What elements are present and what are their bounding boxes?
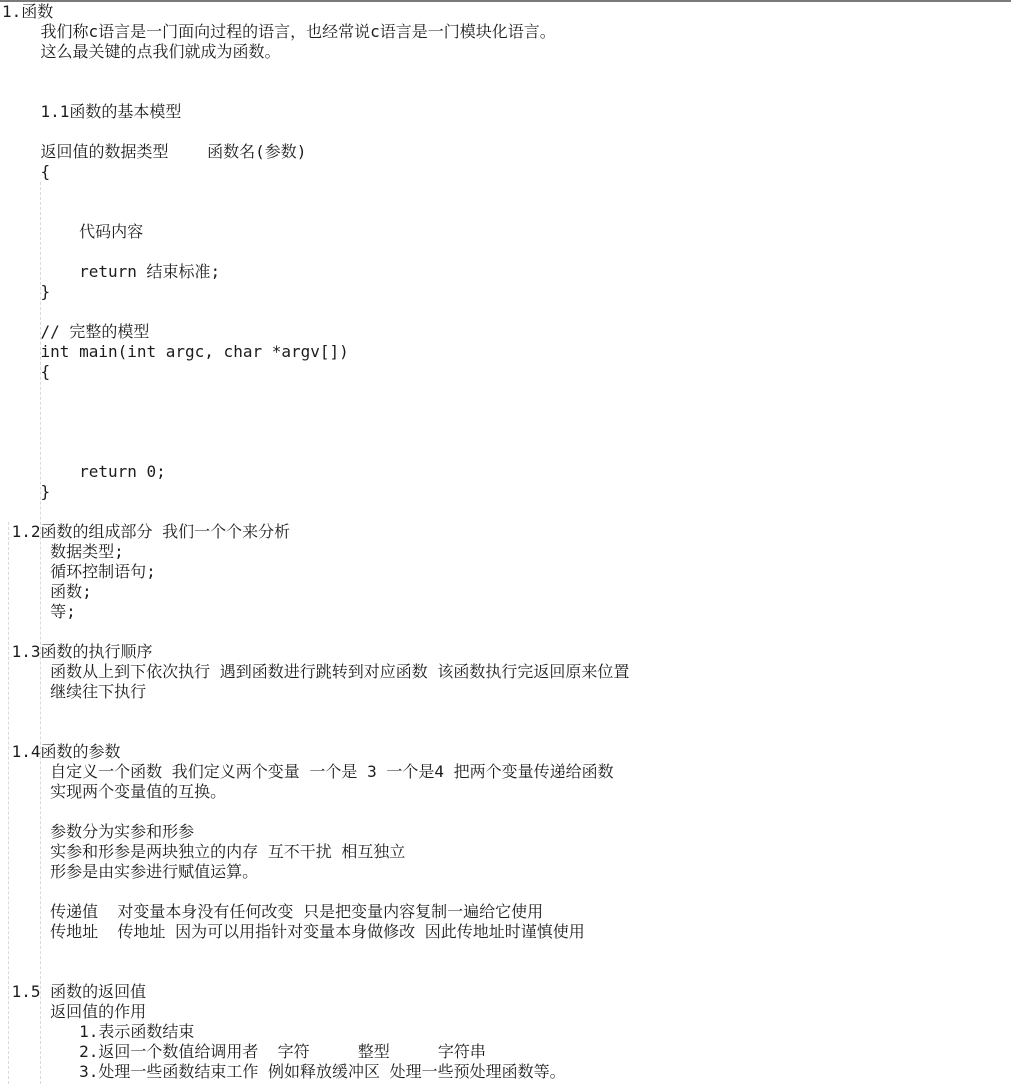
text-line [2,442,1011,462]
text-line: 返回值的数据类型 函数名(参数) [2,142,1011,162]
text-line [2,242,1011,262]
text-line: 传递值 对变量本身没有任何改变 只是把变量内容复制一遍给它使用 [2,902,1011,922]
text-line [2,122,1011,142]
text-line: 我们称c语言是一门面向过程的语言，也经常说c语言是一门模块化语言。 [2,22,1011,42]
text-line: 等; [2,602,1011,622]
text-line [2,702,1011,722]
text-line: return 0; [2,462,1011,482]
text-line: 形参是由实参进行赋值运算。 [2,862,1011,882]
text-line: 实现两个变量值的互换。 [2,782,1011,802]
text-line: { [2,162,1011,182]
text-line: 返回值的作用 [2,1002,1011,1022]
text-line [2,182,1011,202]
text-line [2,962,1011,982]
text-line: 这么最关键的点我们就成为函数。 [2,42,1011,62]
text-line: 参数分为实参和形参 [2,822,1011,842]
text-line: // 完整的模型 [2,322,1011,342]
text-line [2,82,1011,102]
text-line: 1.4函数的参数 [2,742,1011,762]
text-line [2,302,1011,322]
text-line [2,622,1011,642]
text-line: int main(int argc, char *argv[]) [2,342,1011,362]
text-line: 继续往下执行 [2,682,1011,702]
text-line: { [2,362,1011,382]
text-line [2,722,1011,742]
text-line [2,422,1011,442]
text-line [2,802,1011,822]
text-line: 传地址 传地址 因为可以用指针对变量本身做修改 因此传地址时谨慎使用 [2,922,1011,942]
text-line: 2.返回一个数值给调用者 字符 整型 字符串 [2,1042,1011,1062]
document-lines: 1.函数 我们称c语言是一门面向过程的语言，也经常说c语言是一门模块化语言。 这… [2,2,1011,1082]
text-line: 数据类型; [2,542,1011,562]
text-document-area[interactable]: 1.函数 我们称c语言是一门面向过程的语言，也经常说c语言是一门模块化语言。 这… [0,0,1011,1089]
text-line: 自定义一个函数 我们定义两个变量 一个是 3 一个是4 把两个变量传递给函数 [2,762,1011,782]
text-line: 1.2函数的组成部分 我们一个个来分析 [2,522,1011,542]
text-line: 1.表示函数结束 [2,1022,1011,1042]
text-line: 1.5 函数的返回值 [2,982,1011,1002]
text-line [2,502,1011,522]
text-line: return 结束标准; [2,262,1011,282]
text-line: 循环控制语句; [2,562,1011,582]
text-line [2,942,1011,962]
text-line: 函数从上到下依次执行 遇到函数进行跳转到对应函数 该函数执行完返回原来位置 [2,662,1011,682]
text-line [2,62,1011,82]
text-line [2,382,1011,402]
text-line [2,202,1011,222]
text-line: 1.3函数的执行顺序 [2,642,1011,662]
text-line: } [2,282,1011,302]
text-line: } [2,482,1011,502]
text-line: 1.函数 [2,2,1011,22]
text-line: 实参和形参是两块独立的内存 互不干扰 相互独立 [2,842,1011,862]
text-line [2,882,1011,902]
text-line: 1.1函数的基本模型 [2,102,1011,122]
text-line: 3.处理一些函数结束工作 例如释放缓冲区 处理一些预处理函数等。 [2,1062,1011,1082]
text-line [2,402,1011,422]
text-line: 函数; [2,582,1011,602]
text-line: 代码内容 [2,222,1011,242]
